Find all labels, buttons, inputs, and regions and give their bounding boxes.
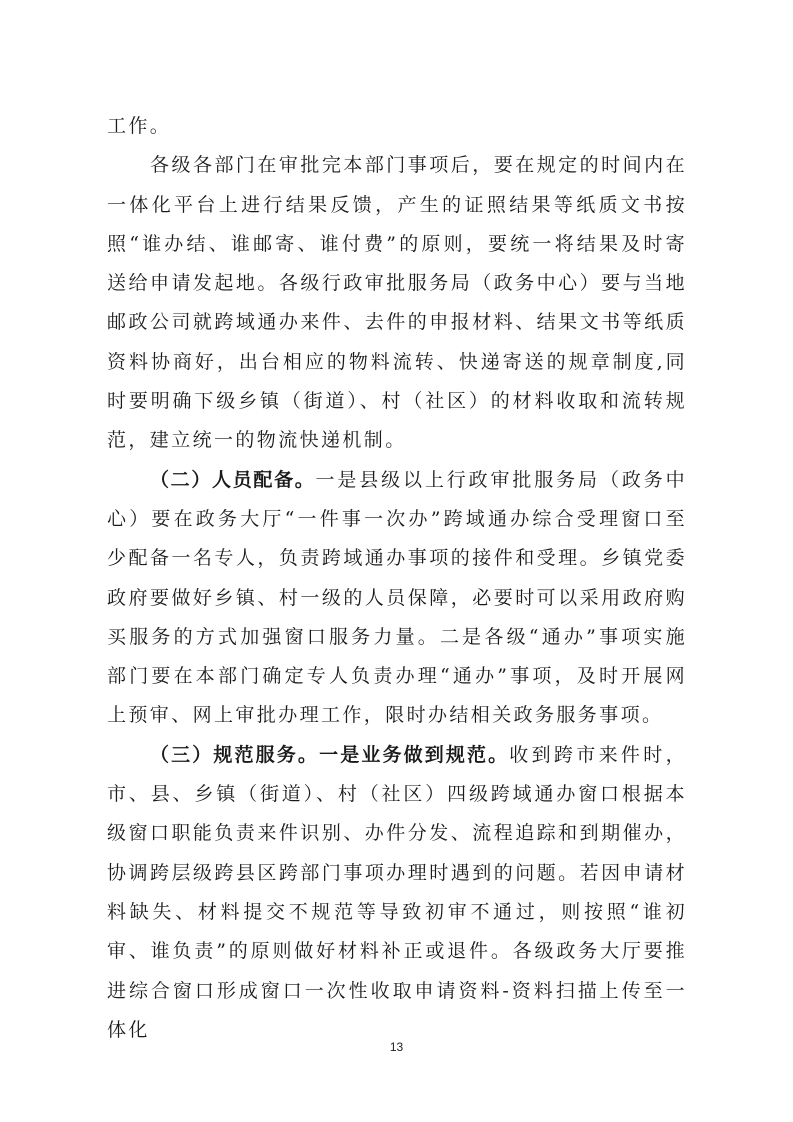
paragraph-standard-service: （三）规范服务。一是业务做到规范。收到跨市来件时，市、县、乡镇（街道）、村（社区… [107, 736, 687, 1050]
paragraph-result-feedback: 各级各部门在审批完本部门事项后，要在规定的时间内在一体化平台上进行结果反馈，产生… [107, 146, 687, 460]
paragraph-continuation: 工作。 [107, 107, 687, 146]
paragraph-text: 一是县级以上行政审批服务局（政务中心）要在政务大厅“一件事一次办”跨域通办综合受… [107, 469, 687, 727]
paragraph-staffing: （二）人员配备。一是县级以上行政审批服务局（政务中心）要在政务大厅“一件事一次办… [107, 461, 687, 736]
paragraph-text: 工作。 [107, 115, 171, 137]
section-heading-standard-service: （三）规范服务。一是业务做到规范。 [150, 744, 509, 766]
paragraph-text: 各级各部门在审批完本部门事项后，要在规定的时间内在一体化平台上进行结果反馈，产生… [107, 154, 687, 451]
page-number: 13 [0, 1040, 793, 1054]
section-heading-staffing: （二）人员配备。 [150, 469, 315, 491]
paragraph-text: 收到跨市来件时，市、县、乡镇（街道）、村（社区）四级跨域通办窗口根据本级窗口职能… [107, 744, 687, 1041]
document-body: 工作。 各级各部门在审批完本部门事项后，要在规定的时间内在一体化平台上进行结果反… [107, 107, 687, 1050]
